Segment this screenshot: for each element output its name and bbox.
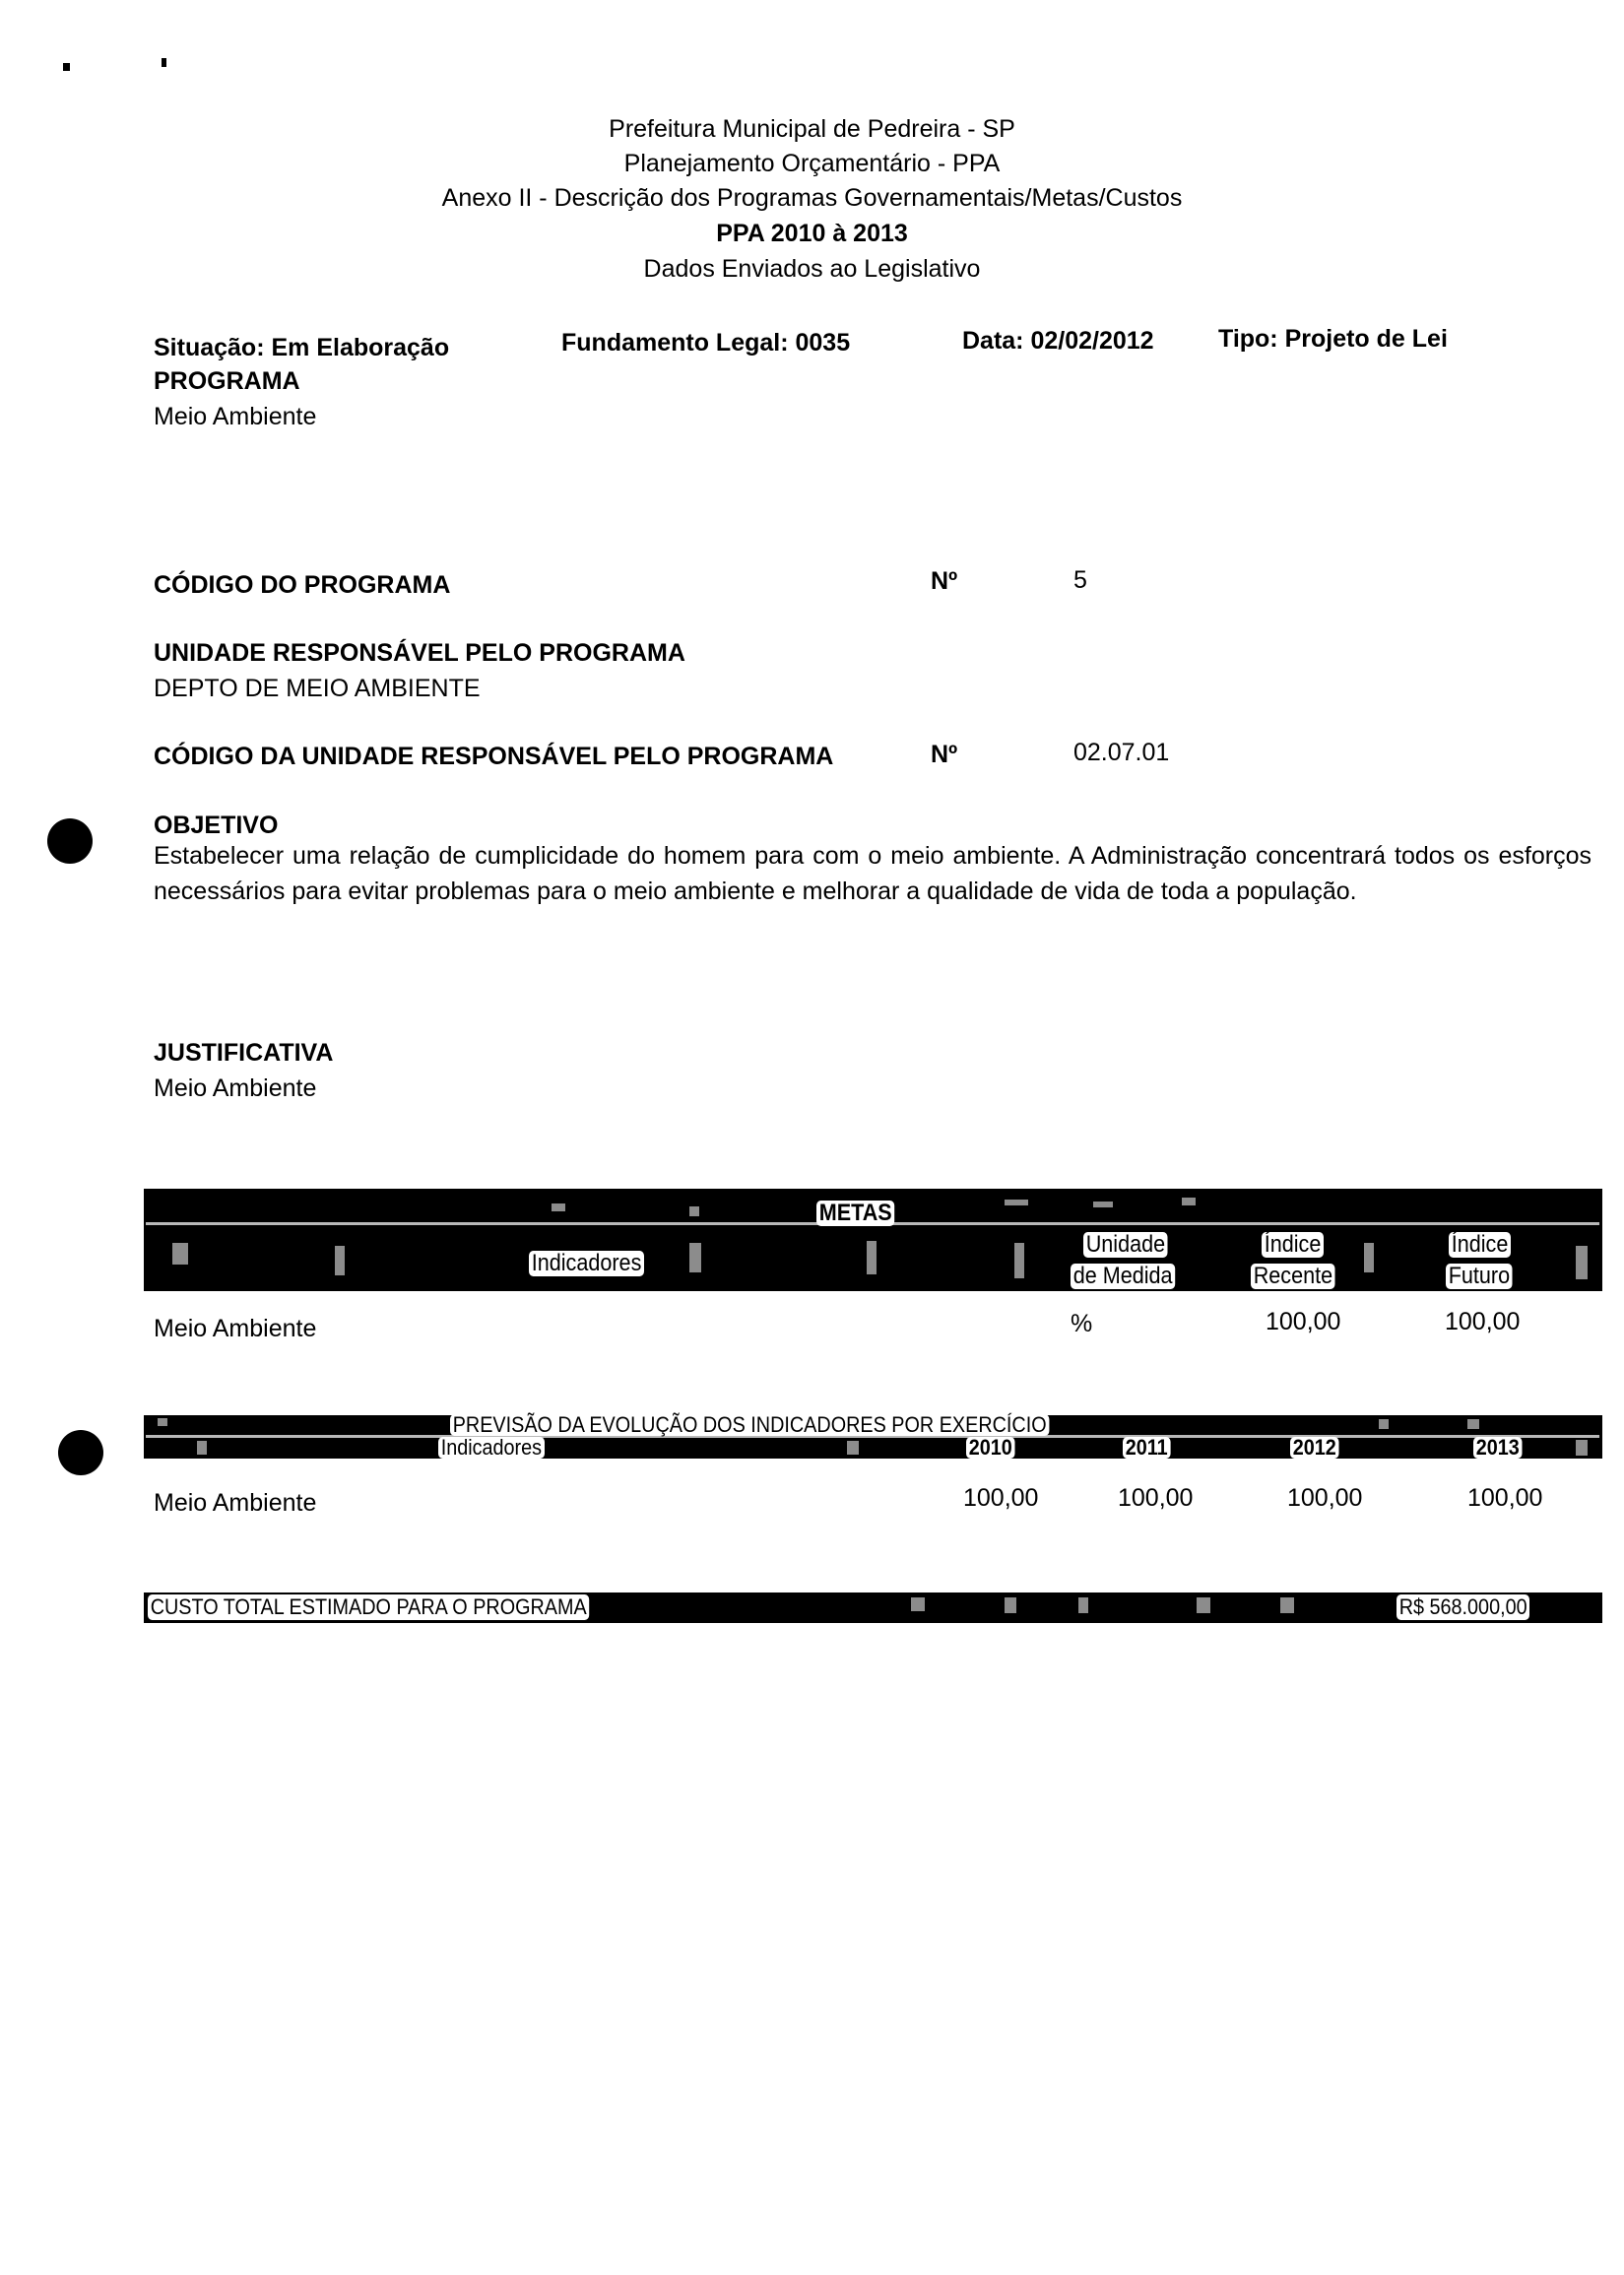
punch-hole: [47, 818, 93, 864]
header-annex: Anexo II - Descrição dos Programas Gover…: [0, 183, 1624, 213]
codigo-unidade-value: 02.07.01: [1073, 738, 1169, 767]
objetivo-label: OBJETIVO: [154, 811, 278, 840]
metas-col-recente-l2: Recente: [1251, 1264, 1335, 1289]
status-situacao: Situação: Em Elaboração: [154, 333, 449, 362]
previsao-row-2013: 100,00: [1467, 1483, 1542, 1513]
status-data: Data: 02/02/2012: [962, 326, 1154, 356]
previsao-row-indicador: Meio Ambiente: [154, 1488, 316, 1518]
programa-label: PROGRAMA: [154, 366, 300, 396]
previsao-row-2011: 100,00: [1118, 1483, 1193, 1513]
previsao-col-2013: 2013: [1473, 1437, 1522, 1459]
metas-row-indice-futuro: 100,00: [1445, 1307, 1520, 1336]
unidade-responsavel-label: UNIDADE RESPONSÁVEL PELO PROGRAMA: [154, 638, 685, 668]
header-planning: Planejamento Orçamentário - PPA: [0, 149, 1624, 178]
previsao-row-2012: 100,00: [1287, 1483, 1362, 1513]
codigo-programa-label: CÓDIGO DO PROGRAMA: [154, 570, 450, 600]
previsao-col-2010: 2010: [966, 1437, 1014, 1459]
previsao-row-2010: 100,00: [963, 1483, 1038, 1513]
metas-row-unidade: %: [1071, 1309, 1092, 1338]
metas-col-futuro-l1: Índice: [1449, 1232, 1511, 1258]
programa-value: Meio Ambiente: [154, 402, 316, 431]
status-tipo: Tipo: Projeto de Lei: [1218, 324, 1448, 354]
previsao-col-2012: 2012: [1290, 1437, 1338, 1459]
objetivo-text: Estabelecer uma relação de cumplicidade …: [154, 838, 1592, 909]
custo-total-label: CUSTO TOTAL ESTIMADO PARA O PROGRAMA: [148, 1594, 589, 1620]
justificativa-value: Meio Ambiente: [154, 1073, 316, 1103]
metas-col-futuro-l2: Futuro: [1446, 1264, 1513, 1289]
header-ppa-period: PPA 2010 à 2013: [0, 219, 1624, 248]
header-sent-legislative: Dados Enviados ao Legislativo: [0, 254, 1624, 284]
status-fundamento-legal: Fundamento Legal: 0035: [561, 328, 850, 357]
codigo-programa-value: 5: [1073, 565, 1087, 595]
custo-total-value: R$ 568.000,00: [1397, 1594, 1529, 1620]
unidade-responsavel-value: DEPTO DE MEIO AMBIENTE: [154, 674, 481, 703]
codigo-unidade-no-label: Nº: [931, 740, 957, 769]
codigo-programa-no-label: Nº: [931, 566, 957, 596]
metas-row-indice-recente: 100,00: [1266, 1307, 1340, 1336]
previsao-title: PREVISÃO DA EVOLUÇÃO DOS INDICADORES POR…: [450, 1414, 1049, 1436]
scan-artifact: [63, 63, 70, 71]
justificativa-label: JUSTIFICATIVA: [154, 1038, 333, 1068]
metas-col-recente-l1: Índice: [1262, 1232, 1324, 1258]
codigo-unidade-label: CÓDIGO DA UNIDADE RESPONSÁVEL PELO PROGR…: [154, 742, 833, 771]
punch-hole: [58, 1430, 103, 1475]
metas-col-unidade-l1: Unidade: [1083, 1232, 1168, 1258]
metas-col-unidade-l2: de Medida: [1071, 1264, 1175, 1289]
header-municipality: Prefeitura Municipal de Pedreira - SP: [0, 114, 1624, 144]
metas-title: METAS: [816, 1201, 894, 1226]
previsao-col-2011: 2011: [1123, 1437, 1170, 1459]
metas-row-indicador: Meio Ambiente: [154, 1314, 316, 1343]
metas-col-indicadores: Indicadores: [529, 1251, 644, 1276]
previsao-col-indicadores: Indicadores: [438, 1437, 545, 1459]
scan-artifact: [162, 58, 166, 67]
